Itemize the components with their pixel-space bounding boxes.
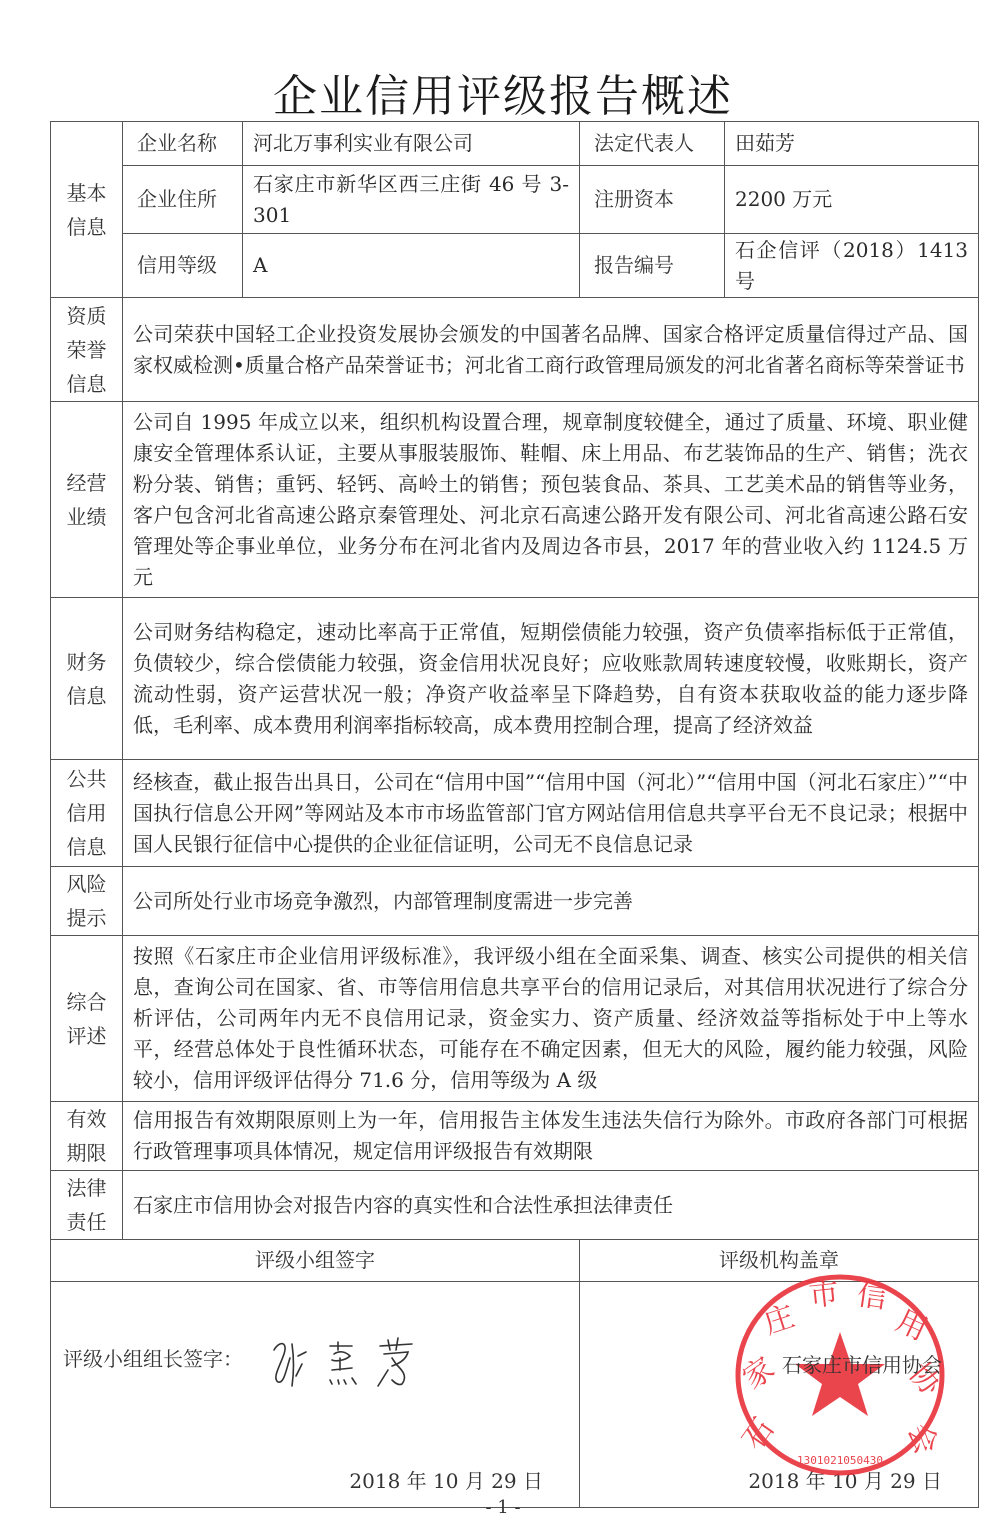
handwritten-signature xyxy=(266,1330,436,1390)
team-sign-date: 2018 年 10 月 29 日 xyxy=(349,1466,543,1497)
section-label-basic-info: 基本 信息 xyxy=(51,122,123,298)
company-name-label: 企业名称 xyxy=(123,122,243,166)
legal-rep-label: 法定代表人 xyxy=(580,122,725,166)
svg-text:庄: 庄 xyxy=(760,1299,799,1342)
org-seal-cell: 石 家 庄 市 信 用 协 会 1301021050430 石家庄市信用协会 2… xyxy=(580,1282,979,1508)
address-label: 企业住所 xyxy=(123,166,243,234)
capital-label: 注册资本 xyxy=(580,166,725,234)
legal-text: 石家庄市信用协会对报告内容的真实性和合法性承担法律责任 xyxy=(123,1171,979,1240)
legal-rep-value: 田茹芳 xyxy=(725,122,979,166)
section-label-honors: 资质荣誉信息 xyxy=(51,298,123,402)
honors-text: 公司荣获中国轻工企业投资发展协会颁发的中国著名品牌、国家合格评定质量信得过产品、… xyxy=(123,298,979,402)
company-name-value: 河北万事利实业有限公司 xyxy=(243,122,580,166)
leader-signature-label: 评级小组组长签字： xyxy=(63,1344,243,1375)
public-credit-text: 经核查，截止报告出具日，公司在“信用中国”“信用中国（河北）”“信用中国（河北石… xyxy=(123,760,979,867)
section-label-public-credit: 公共信用信息 xyxy=(51,760,123,867)
report-table: 基本 信息 企业名称 河北万事利实业有限公司 法定代表人 田茹芳 企业住所 石家… xyxy=(50,121,979,1508)
team-signature-header: 评级小组签字 xyxy=(51,1240,580,1282)
svg-text:1301021050430: 1301021050430 xyxy=(797,1454,883,1467)
section-label-business: 经营业绩 xyxy=(51,402,123,598)
svg-text:信: 信 xyxy=(855,1277,890,1316)
address-value: 石家庄市新华区西三庄街 46 号 3-301 xyxy=(243,166,580,234)
section-label-finance: 财务信息 xyxy=(51,598,123,760)
risk-text: 公司所处行业市场竞争激烈，内部管理制度需进一步完善 xyxy=(123,867,979,936)
org-name: 石家庄市信用协会 xyxy=(782,1350,942,1381)
svg-text:家: 家 xyxy=(737,1351,782,1397)
page-number: - 1 - xyxy=(0,1497,1006,1518)
svg-text:市: 市 xyxy=(807,1276,840,1314)
document-title: 企业信用评级报告概述 xyxy=(0,60,1006,124)
team-signature-cell: 评级小组组长签字： 2018 年 10 月 29 日 xyxy=(51,1282,580,1508)
report-no-value: 石企信评（2018）1413 号 xyxy=(725,234,979,298)
business-text: 公司自 1995 年成立以来，组织机构设置合理，规章制度较健全，通过了质量、环境… xyxy=(123,402,979,598)
svg-text:会: 会 xyxy=(900,1419,943,1459)
validity-text: 信用报告有效期限原则上为一年，信用报告主体发生违法失信行为除外。市政府各部门可根… xyxy=(123,1102,979,1171)
finance-text: 公司财务结构稳定，速动比率高于正常值，短期偿债能力较强，资产负债率指标低于正常值… xyxy=(123,598,979,760)
svg-text:用: 用 xyxy=(891,1304,933,1348)
summary-text: 按照《石家庄市企业信用评级标准》，我评级小组在全面采集、调查、核实公司提供的相关… xyxy=(123,936,979,1102)
grade-label: 信用等级 xyxy=(123,234,243,298)
section-label-summary: 综合评述 xyxy=(51,936,123,1102)
section-label-validity: 有效期限 xyxy=(51,1102,123,1171)
section-label-risk: 风险提示 xyxy=(51,867,123,936)
section-label-legal: 法律责任 xyxy=(51,1171,123,1240)
grade-value: A xyxy=(243,234,580,298)
capital-value: 2200 万元 xyxy=(725,166,979,234)
report-no-label: 报告编号 xyxy=(580,234,725,298)
